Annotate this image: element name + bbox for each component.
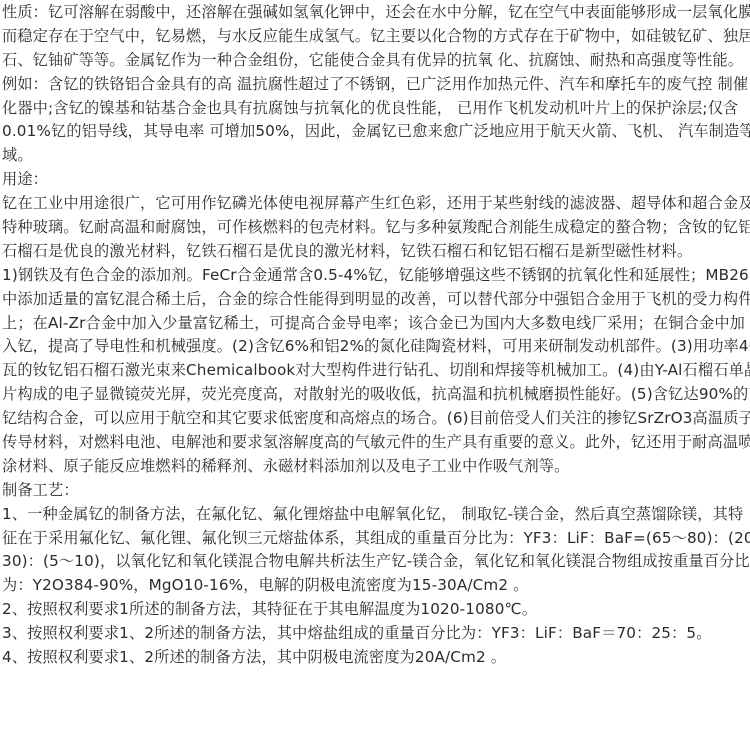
- section-heading-uses: 用途：: [2, 168, 750, 192]
- text-line: 传导材料，对燃料电池、电解池和要求氢溶解度高的气敏元件的生产具有重要的意义。此外…: [2, 431, 750, 455]
- text-line: 石榴石是优良的激光材料，钇铁石榴石是优良的激光材料，钇铁石榴石和钇铝石榴石是新型…: [2, 240, 750, 264]
- text-line: 中添加适量的富钇混合稀土后，合金的综合性能得到明显的改善，可以替代部分中强铝合金…: [2, 288, 750, 312]
- text-line: 钇结构合金，可以应用于航空和其它要求低密度和高熔点的场合。(6)目前倍受人们关注…: [2, 407, 750, 431]
- section-properties: 性质：钇可溶解在弱酸中，还溶解在强碱如氢氧化钾中，还会在水中分解，钇在空气中表面…: [2, 1, 750, 168]
- text-line: 性质：钇可溶解在弱酸中，还溶解在强碱如氢氧化钾中，还会在水中分解，钇在空气中表面…: [2, 1, 750, 25]
- text-line: 上；在Al-Zr合金中加入少量富钇稀土，可提高合金导电率；该合金已为国内大多数电…: [2, 312, 750, 336]
- text-line: 域。: [2, 144, 750, 168]
- text-line: 钇在工业中用途很广，它可用作钇磷光体使电视屏幕产生红色彩，还用于某些射线的滤波器…: [2, 192, 750, 216]
- text-line: 为：Y2O384-90%，MgO10-16%，电解的阴极电流密度为15-30A/…: [2, 574, 750, 598]
- text-line: 3、按照权利要求1、2所述的制备方法，其中熔盐组成的重量百分比为：YF3：LiF…: [2, 622, 750, 646]
- section-heading-preparation: 制备工艺：: [2, 479, 750, 503]
- text-line: 30)：(5～10)，以氧化钇和氧化镁混合物电解共析法生产钇-镁合金，氧化钇和氧…: [2, 550, 750, 574]
- text-line: 入钇，提高了导电性和机械强度。(2)含钇6%和铝2%的氮化硅陶瓷材料，可用来研制…: [2, 335, 750, 359]
- text-line: 瓦的钕钇铝石榴石激光束来Chemicalbook对大型构件进行钻孔、切削和焊接等…: [2, 359, 750, 383]
- section-preparation: 制备工艺： 1、一种金属钇的制备方法，在氟化钇、氟化锂熔盐中电解氧化钇， 制取钇…: [2, 479, 750, 670]
- document-body: 性质：钇可溶解在弱酸中，还溶解在强碱如氢氧化钾中，还会在水中分解，钇在空气中表面…: [2, 1, 750, 670]
- text-line: 而稳定存在于空气中，钇易燃，与水反应能生成氢气。钇主要以化合物的方式存在于矿物中…: [2, 25, 750, 49]
- text-line: 涂材料、原子能反应堆燃料的稀释剂、永磁材料添加剂以及电子工业中作吸气剂等。: [2, 455, 750, 479]
- text-line: 片构成的电子显微镜荧光屏，荧光亮度高，对散射光的吸收低，抗高温和抗机械磨损性能好…: [2, 383, 750, 407]
- text-line: 化器中;含钇的镍基和钴基合金也具有抗腐蚀与抗氧化的优良性能， 已用作飞机发动机叶…: [2, 97, 750, 121]
- text-line: 2、按照权利要求1所述的制备方法，其特征在于其电解温度为1020-1080℃。: [2, 598, 750, 622]
- text-line: 例如：含钇的铁铬铝合金具有的高 温抗腐性超过了不锈钢，已广泛用作加热元件、汽车和…: [2, 73, 750, 97]
- text-line: 0.01%钇的铝导线，其导电率 可增加50%，因此，金属钇已愈来愈广泛地应用于航…: [2, 120, 750, 144]
- text-line: 石、钇铀矿等等。金属钇作为一种合金组份，它能使合金具有优异的抗氧 化、抗腐蚀、耐…: [2, 49, 750, 73]
- text-line: 4、按照权利要求1、2所述的制备方法，其中阴极电流密度为20A/Cm2 。: [2, 646, 750, 670]
- text-line: 1、一种金属钇的制备方法，在氟化钇、氟化锂熔盐中电解氧化钇， 制取钇-镁合金，然…: [2, 503, 750, 527]
- section-uses: 用途： 钇在工业中用途很广，它可用作钇磷光体使电视屏幕产生红色彩，还用于某些射线…: [2, 168, 750, 479]
- text-line: 1)钢铁及有色合金的添加剂。FeCr合金通常含0.5-4%钇，钇能够增强这些不锈…: [2, 264, 750, 288]
- text-line: 征在于采用氟化钇、氟化锂、氟化钡三元熔盐体系，其组成的重量百分比为：YF3：Li…: [2, 527, 750, 551]
- text-line: 特种玻璃。钇耐高温和耐腐蚀，可作核燃料的包壳材料。钇与多种氨羧配合剂能生成稳定的…: [2, 216, 750, 240]
